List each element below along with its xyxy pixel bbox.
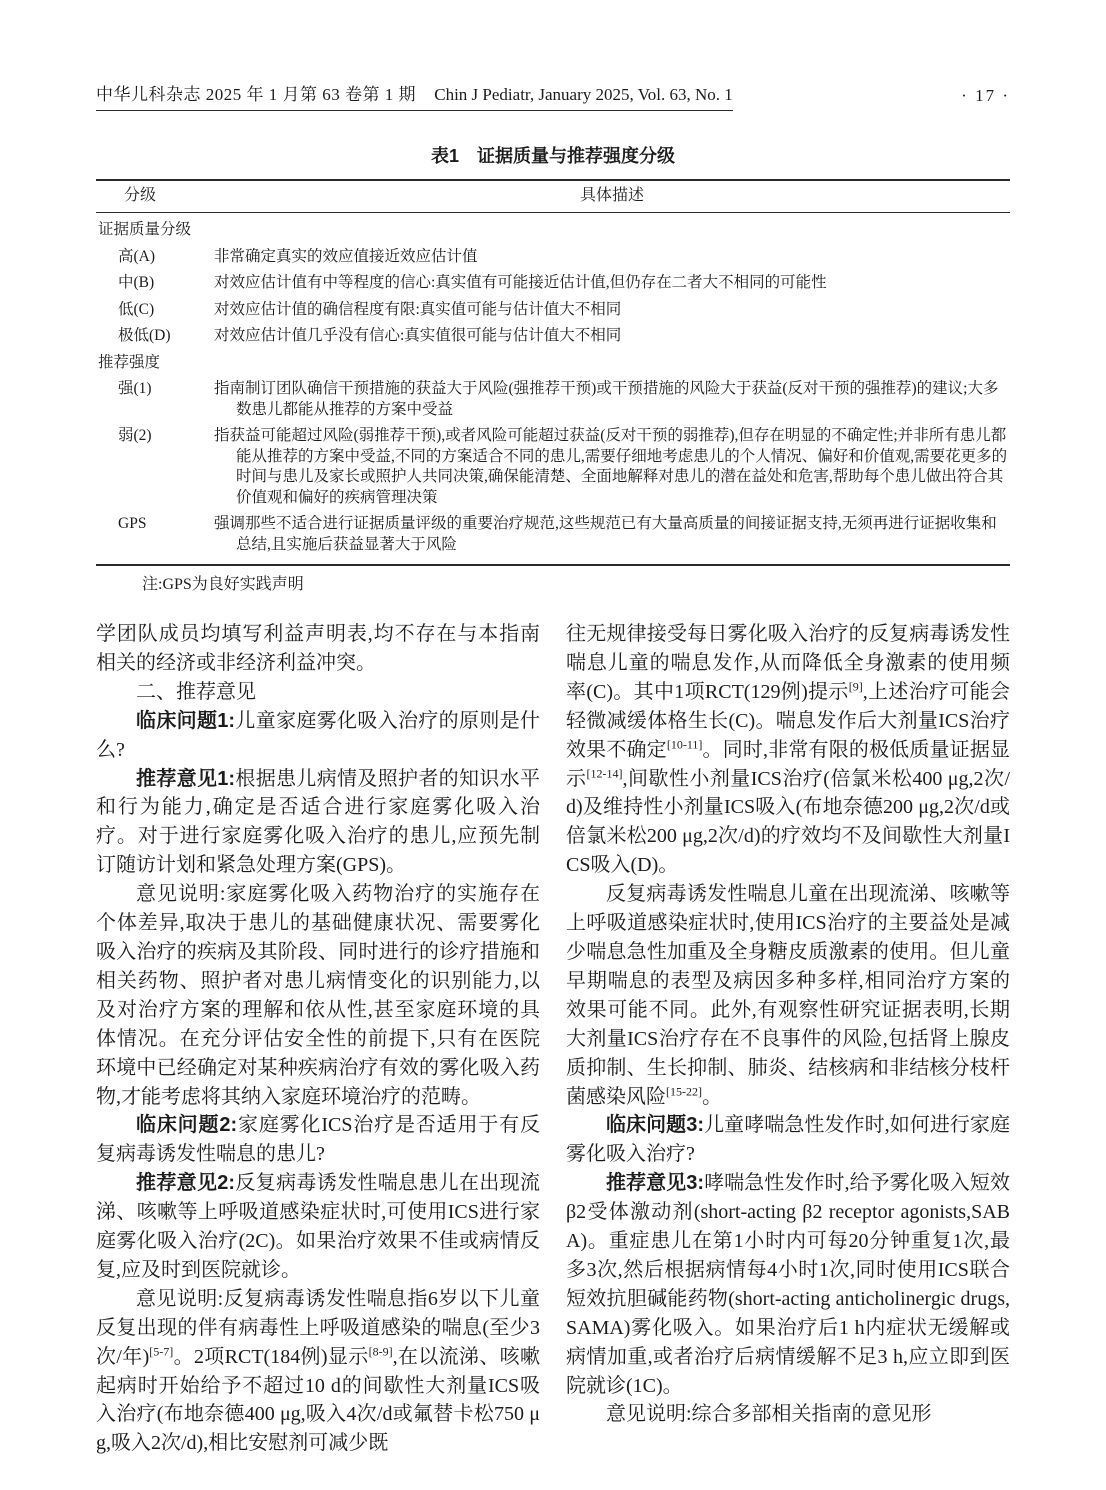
text-run: 。 [702,1086,722,1108]
paragraph: 意见说明:综合多部相关指南的意见形 [566,1400,1010,1429]
article-body: 学团队成员均填写利益声明表,均不存在与本指南相关的经济或非经济利益冲突。二、推荐… [96,620,1010,1458]
superscript-reference: [8-9] [369,1344,393,1358]
grade-cell: 强(1) [96,379,214,420]
text-run: 二、推荐意见 [136,681,256,703]
description-cell: 指南制订团队确信干预措施的获益大于风险(强推荐干预)或干预措施的风险大于获益(反… [214,379,1010,420]
bold-heading-run: 临床问题2: [136,1114,237,1136]
paragraph: 推荐意见2:反复病毒诱发性喘息患儿在出现流涕、咳嗽等上呼吸道感染症状时,可使用I… [96,1169,540,1285]
superscript-reference: [15-22] [666,1084,702,1098]
bold-heading-run: 临床问题3: [606,1114,704,1136]
bold-heading-run: 推荐意见3: [606,1172,704,1194]
journal-citation-cn: 中华儿科杂志 2025 年 1 月第 63 卷第 1 期 [96,85,416,104]
paragraph: 学团队成员均填写利益声明表,均不存在与本指南相关的经济或非经济利益冲突。 [96,620,540,678]
superscript-reference: [5-7] [149,1344,173,1358]
table-body: 证据质量分级高(A)非常确定真实的效应值接近效应估计值中(B)对效应估计值有中等… [96,213,1010,564]
superscript-reference: [9] [849,679,863,693]
running-head: 中华儿科杂志 2025 年 1 月第 63 卷第 1 期 Chin J Pedi… [96,84,1010,111]
evidence-grading-table: 分级 具体描述 证据质量分级高(A)非常确定真实的效应值接近效应估计值中(B)对… [96,179,1010,566]
column-header-description: 具体描述 [214,186,1010,206]
table-row: 弱(2)指获益可能超过风险(弱推荐干预),或者风险可能超过获益(反对干预的弱推荐… [96,423,1010,511]
paragraph: 往无规律接受每日雾化吸入治疗的反复病毒诱发性喘息儿童的喘息发作,从而降低全身激素… [566,620,1010,880]
grade-cell: GPS [96,514,214,555]
bold-heading-run: 推荐意见1: [136,768,235,790]
paragraph: 反复病毒诱发性喘息儿童在出现流涕、咳嗽等上呼吸道感染症状时,使用ICS治疗的主要… [566,880,1010,1111]
right-column: 往无规律接受每日雾化吸入治疗的反复病毒诱发性喘息儿童的喘息发作,从而降低全身激素… [566,620,1010,1458]
description-cell: 强调那些不适合进行证据质量评级的重要治疗规范,这些规范已有大量高质量的间接证据支… [214,514,1010,555]
table-title: 表1 证据质量与推荐强度分级 [96,145,1010,167]
table-row: GPS强调那些不适合进行证据质量评级的重要治疗规范,这些规范已有大量高质量的间接… [96,511,1010,558]
text-run: 反复病毒诱发性喘息儿童在出现流涕、咳嗽等上呼吸道感染症状时,使用ICS治疗的主要… [566,883,1010,1107]
description-cell: 对效应估计值的确信程度有限:真实值可能与估计值大不相同 [214,300,1010,321]
superscript-reference: [10-11] [667,737,703,751]
table-row: 极低(D)对效应估计值几乎没有信心:真实值很可能与估计值大不相同 [96,323,1010,350]
paragraph: 意见说明:家庭雾化吸入药物治疗的实施存在个体差异,取决于患儿的基础健康状况、需要… [96,880,540,1111]
paragraph: 推荐意见1:根据患儿病情及照护者的知识水平和行为能力,确定是否适合进行家庭雾化吸… [96,765,540,881]
table-footnote: 注:GPS为良好实践声明 [96,575,1010,595]
description-cell: 对效应估计值几乎没有信心:真实值很可能与估计值大不相同 [214,326,1010,347]
paragraph: 意见说明:反复病毒诱发性喘息指6岁以下儿童反复出现的伴有病毒性上呼吸道感染的喘息… [96,1285,540,1458]
superscript-reference: [12-14] [586,766,622,780]
grade-cell: 高(A) [96,247,214,268]
grade-cell: 弱(2) [96,426,214,508]
paragraph: 临床问题2:家庭雾化ICS治疗是否适用于有反复病毒诱发性喘息的患儿? [96,1111,540,1169]
text-run: 意见说明:综合多部相关指南的意见形 [606,1403,932,1425]
page-number: · 17 · [961,85,1010,111]
paragraph: 推荐意见3:哮喘急性发作时,给予雾化吸入短效β2受体激动剂(short-acti… [566,1169,1010,1400]
table-row: 中(B)对效应估计值有中等程度的信心:真实值有可能接近估计值,但仍存在二者大不相… [96,270,1010,297]
paragraph: 临床问题3:儿童哮喘急性发作时,如何进行家庭雾化吸入治疗? [566,1111,1010,1169]
journal-citation: 中华儿科杂志 2025 年 1 月第 63 卷第 1 期 Chin J Pedi… [96,84,733,111]
bold-heading-run: 临床问题1: [136,710,235,732]
table-row: 强(1)指南制订团队确信干预措施的获益大于风险(强推荐干预)或干预措施的风险大于… [96,376,1010,423]
left-column: 学团队成员均填写利益声明表,均不存在与本指南相关的经济或非经济利益冲突。二、推荐… [96,620,540,1458]
table-header-row: 分级 具体描述 [96,181,1010,213]
text-run: 。2项RCT(184例)显示 [173,1346,368,1368]
text-run: 学团队成员均填写利益声明表,均不存在与本指南相关的经济或非经济利益冲突。 [96,623,540,674]
bold-heading-run: 推荐意见2: [136,1172,235,1194]
journal-page: 中华儿科杂志 2025 年 1 月第 63 卷第 1 期 Chin J Pedi… [0,0,1106,1490]
evidence-grading-table-block: 表1 证据质量与推荐强度分级 分级 具体描述 证据质量分级高(A)非常确定真实的… [96,145,1010,595]
text-run: ,间歇性小剂量ICS治疗(倍氯米松400 μg,2次/d)及维持性小剂量ICS吸… [566,768,1010,877]
description-cell: 对效应估计值有中等程度的信心:真实值有可能接近估计值,但仍存在二者大不相同的可能… [214,273,1010,294]
grade-cell: 极低(D) [96,326,214,347]
text-run: 哮喘急性发作时,给予雾化吸入短效β2受体激动剂(short-acting β2 … [566,1172,1010,1396]
table-section-row: 证据质量分级 [96,217,1010,244]
journal-citation-en: Chin J Pediatr, January 2025, Vol. 63, N… [434,85,733,104]
table-row: 高(A)非常确定真实的效应值接近效应估计值 [96,244,1010,271]
paragraph: 临床问题1:儿童家庭雾化吸入治疗的原则是什么? [96,707,540,765]
grade-cell: 低(C) [96,300,214,321]
table-row: 低(C)对效应估计值的确信程度有限:真实值可能与估计值大不相同 [96,297,1010,324]
description-cell: 指获益可能超过风险(弱推荐干预),或者风险可能超过获益(反对干预的弱推荐),但存… [214,426,1010,508]
text-run: 意见说明:家庭雾化吸入药物治疗的实施存在个体差异,取决于患儿的基础健康状况、需要… [96,883,540,1107]
paragraph: 二、推荐意见 [96,678,540,707]
column-header-grade: 分级 [96,186,214,206]
table-section-row: 推荐强度 [96,350,1010,377]
description-cell: 非常确定真实的效应值接近效应估计值 [214,247,1010,268]
grade-cell: 中(B) [96,273,214,294]
